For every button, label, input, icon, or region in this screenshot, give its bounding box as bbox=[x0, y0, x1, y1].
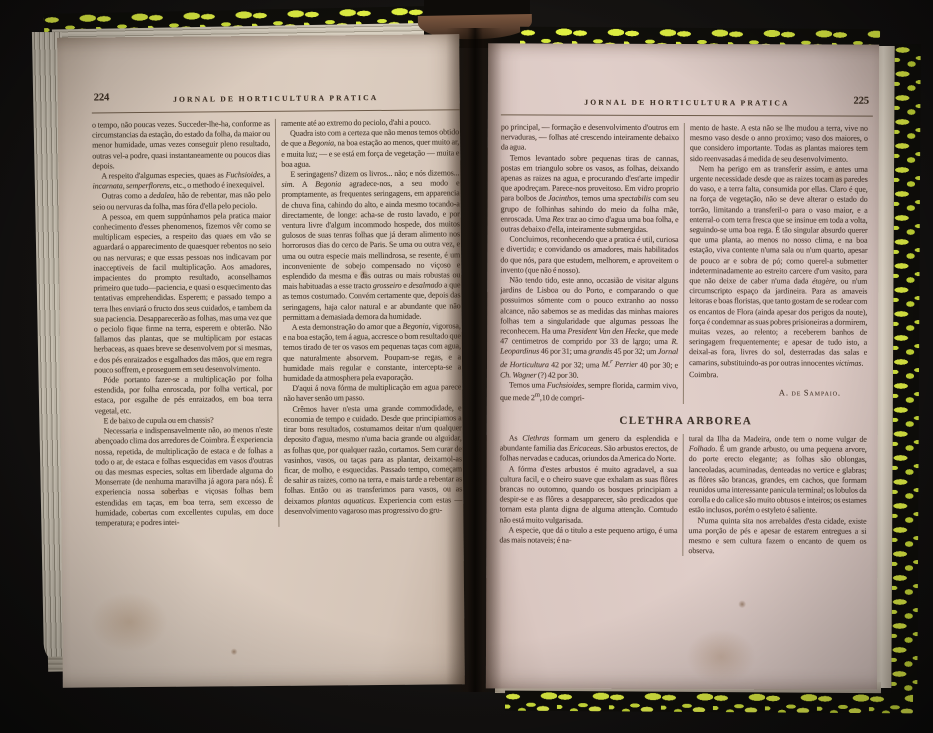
article-column-1: As Clethras formam um genero da esplendi… bbox=[499, 433, 677, 556]
paragraph: D'aqui á nova fórma de multiplicação em … bbox=[283, 383, 461, 405]
page-number: 225 bbox=[853, 97, 868, 107]
author-signature: A. de Sampaio. bbox=[689, 387, 867, 398]
running-title: JORNAL DE HORTICULTURA PRATICA bbox=[92, 92, 460, 105]
paragraph: Crêmos haver n'esta uma grande commodida… bbox=[283, 403, 462, 517]
book-gutter-shadow bbox=[446, 28, 502, 692]
marbled-edge-bottom bbox=[505, 691, 913, 714]
right-page-column-1: po principal, — formação e desenvolvimen… bbox=[500, 122, 679, 403]
page-header: JORNAL DE HORTICULTURA PRATICA 225 bbox=[501, 97, 873, 113]
paragraph: Nem ha perigo em as transferir assim, e … bbox=[689, 164, 868, 369]
paragraph: A respeito d'algumas especies, quaes as … bbox=[92, 170, 270, 192]
column-divider bbox=[683, 123, 685, 404]
paragraph: E seringagens? dizem os livros... não; e… bbox=[281, 168, 460, 323]
left-page-column-1: o tempo, não poucas vezes. Succeder-lhe-… bbox=[92, 119, 274, 529]
paragraph: po principal, — formação e desenvolvimen… bbox=[501, 122, 679, 153]
right-page-column-2: mento de haste. A esta não se lhe mudou … bbox=[689, 123, 868, 404]
paragraph: A pessoa, em quem suppúnhamos pela prati… bbox=[93, 211, 272, 376]
stain bbox=[738, 600, 746, 608]
left-page: 224 JORNAL DE HORTICULTURA PRATICA o tem… bbox=[57, 34, 465, 687]
paragraph: A esta demonstração do amor que a Begoni… bbox=[283, 321, 462, 384]
paragraph: Temos levantado sobre pequenas tiras de … bbox=[500, 153, 678, 235]
paragraph: Temos uma Fuchsioides, sempre florida, c… bbox=[500, 380, 678, 404]
open-book-photo: 224 JORNAL DE HORTICULTURA PRATICA o tem… bbox=[0, 0, 933, 733]
paragraph: A fórma d'estes arbustos é muito agradav… bbox=[499, 464, 677, 526]
paragraph: Concluimos, reconhecendo que a pratica é… bbox=[500, 235, 678, 276]
paragraph: Póde portanto fazer-se a multiplicação p… bbox=[94, 374, 272, 416]
paragraph: Quadra isto com a certeza que não menos … bbox=[281, 127, 459, 169]
left-page-column-2: ramente até ao extremo do peciolo, d'ahi… bbox=[281, 117, 463, 527]
header-rule bbox=[501, 114, 873, 116]
column-divider bbox=[275, 119, 280, 527]
closing-place: Coimbra. bbox=[689, 370, 867, 381]
article-column-2: tural da Ilha da Madeira, onde tem o nom… bbox=[688, 434, 866, 557]
paragraph: As Clethras formam um genero da esplendi… bbox=[500, 433, 678, 464]
paragraph: A especie, que dá o titulo a este pequen… bbox=[499, 525, 677, 546]
paragraph: tural da Ilha da Madeira, onde tem o nom… bbox=[688, 434, 866, 516]
marbled-edge-right bbox=[891, 44, 920, 694]
paragraph: Não tendo tido, este anno, occasião de v… bbox=[500, 275, 678, 380]
article-heading: CLETHRA ARBOREA bbox=[500, 415, 872, 427]
stain bbox=[231, 648, 238, 655]
paragraph: N'uma quinta sita nos arrebaldes d'esta … bbox=[688, 516, 866, 557]
paragraph: o tempo, não poucas vezes. Succeder-lhe-… bbox=[92, 119, 270, 172]
paragraph: mento de haste. A esta não se lhe mudou … bbox=[690, 123, 868, 164]
column-divider bbox=[682, 434, 683, 556]
stain bbox=[686, 629, 756, 684]
right-page: JORNAL DE HORTICULTURA PRATICA 225 po pr… bbox=[486, 43, 879, 689]
running-title: JORNAL DE HORTICULTURA PRATICA bbox=[501, 97, 873, 109]
stain bbox=[90, 592, 169, 653]
paragraph: Necessaria e indispensavelmente não, ao … bbox=[95, 425, 274, 529]
paragraph: Outras como a dedalea, hão de rebentar, … bbox=[93, 190, 271, 212]
page-header: 224 JORNAL DE HORTICULTURA PRATICA bbox=[92, 92, 460, 110]
